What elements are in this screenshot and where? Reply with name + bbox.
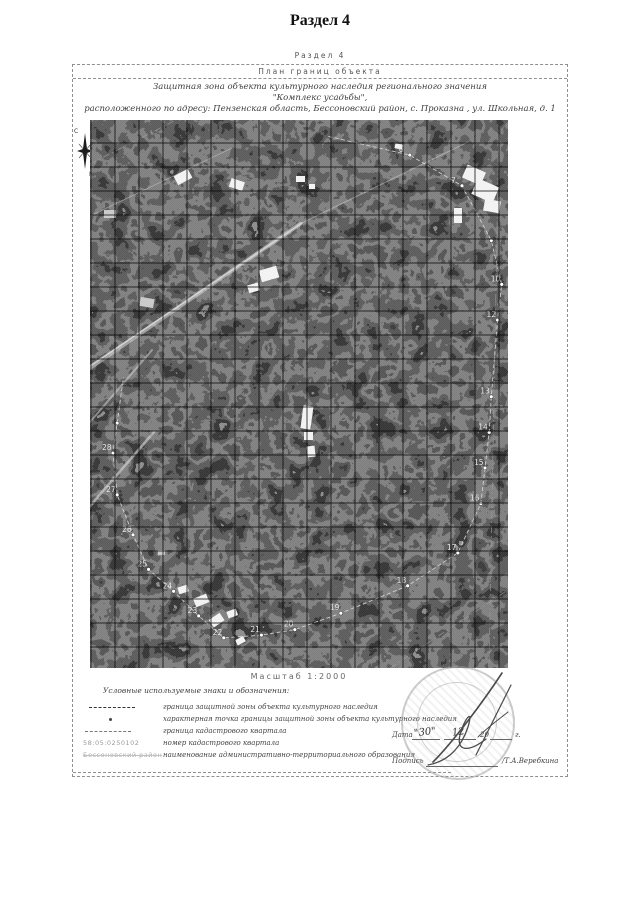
map-speckle: [90, 120, 508, 668]
boundary-point-label: 22: [213, 628, 223, 637]
date-year-prefix: 20: [480, 731, 489, 739]
boundary-point-label: 25: [138, 559, 148, 568]
description-line-3: расположенного по адресу: Пензенская обл…: [73, 104, 567, 115]
boundary-point-dot: [339, 611, 343, 615]
description-line-2: "Комплекс усадьбы",: [73, 93, 567, 104]
document-frame: План границ объекта Защитная зона объект…: [72, 64, 568, 777]
boundary-point-dot: [483, 466, 487, 470]
legend-label: граница кадастрового квартала: [163, 727, 286, 735]
boundary-point-dot: [496, 318, 500, 322]
compass-north-label: С: [74, 128, 78, 135]
protection-zone-boundary-symbol: [89, 707, 135, 708]
date-day-handwritten: "30": [413, 726, 436, 740]
legend-row: граница защитной зоны объекта культурног…: [83, 701, 443, 713]
signature-label: Подпись: [392, 757, 424, 765]
boundary-point-dot: [259, 633, 263, 637]
boundary-point-dot: [479, 502, 483, 506]
admin-name-sample: Бессоновский район: [83, 751, 162, 759]
boundary-point-label: 19: [330, 603, 340, 612]
boundary-point-label: 12: [487, 310, 497, 319]
date-month-underline: [444, 739, 476, 740]
boundary-point-label: 21: [250, 625, 260, 634]
boundary-point-dot: [293, 628, 297, 632]
date-year-underline: [490, 739, 512, 740]
boundary-point-label: 14: [478, 422, 488, 431]
boundary-point-label: 10: [491, 274, 501, 283]
boundary-point-label: 15: [474, 458, 484, 467]
boundary-point-label: 6: [399, 145, 404, 154]
legend-row: Бессоновский район наименование админист…: [83, 749, 443, 761]
plan-title: План границ объекта: [73, 65, 567, 79]
boundary-point-label: 27: [106, 485, 116, 494]
boundary-point-dot: [111, 451, 115, 455]
boundary-point-label: 13: [480, 387, 490, 396]
boundary-point-label: 18: [397, 576, 407, 585]
boundary-point-label: 17: [447, 543, 457, 552]
boundary-point-label: 16: [470, 494, 480, 503]
legend-label: номер кадастрового квартала: [163, 739, 279, 747]
boundary-point-label: 20: [284, 620, 294, 629]
boundary-point-dot: [487, 430, 491, 434]
satellite-map: 67101213141516171819202122232425262728: [90, 120, 508, 668]
signer-name: /Т.А.Веребкина: [502, 757, 558, 765]
boundary-point-dot: [489, 395, 493, 399]
date-month-handwritten: 12: [451, 726, 465, 738]
boundary-point-label: 24: [163, 581, 173, 590]
boundary-point-dot: [197, 614, 201, 618]
boundary-point-dot: [460, 184, 464, 188]
boundary-point-dot: [406, 584, 410, 588]
boundary-point-dot: [408, 153, 412, 157]
signature-row: Подпись /Т.А.Веребкина: [392, 754, 567, 768]
description-line-1: Защитная зона объекта культурного наслед…: [73, 82, 567, 93]
page-title: Раздел 4: [0, 12, 640, 30]
boundary-point-label: 23: [188, 606, 198, 615]
boundary-point-dot: [115, 421, 119, 425]
legend-label: граница защитной зоны объекта культурног…: [163, 703, 378, 711]
boundary-point-dot: [489, 239, 493, 243]
characteristic-point-symbol: [109, 718, 112, 721]
boundary-point-dot: [222, 636, 226, 640]
section-header: Раздел 4: [0, 51, 640, 60]
date-row: Дата "30" 12 20 г.: [392, 728, 562, 742]
legend-label: наименование административно-территориал…: [163, 751, 415, 759]
boundary-point-label: 28: [102, 443, 112, 452]
boundary-point-label: 26: [122, 525, 132, 534]
boundary-point-dot: [500, 283, 504, 287]
date-year-suffix: г.: [515, 731, 521, 739]
cadastral-quarter-boundary-symbol: [85, 731, 131, 732]
legend-row: 58:05:0250102 номер кадастрового квартал…: [83, 737, 443, 749]
date-day-underline: [412, 739, 440, 740]
date-label: Дата: [392, 731, 413, 739]
legend-row: граница кадастрового квартала: [83, 725, 443, 737]
cadastral-number-sample: 58:05:0250102: [83, 739, 139, 747]
legend-row: характерная точка границы защитной зоны …: [83, 713, 443, 725]
boundary-point-dot: [147, 567, 151, 571]
object-description: Защитная зона объекта культурного наслед…: [73, 82, 567, 115]
boundary-point-dot: [456, 551, 460, 555]
legend: Условные используемые знаки и обозначени…: [83, 686, 443, 761]
boundary-point-label: 7: [451, 176, 456, 185]
signature-underline: [426, 766, 498, 767]
legend-divider: [73, 772, 451, 773]
legend-header: Условные используемые знаки и обозначени…: [103, 686, 443, 695]
boundary-point-dot: [172, 589, 176, 593]
boundary-point-dot: [115, 493, 119, 497]
stamp-inner-ring: [417, 682, 497, 762]
boundary-point-dot: [131, 533, 135, 537]
scanned-document-page: Раздел 4 Раздел 4 План границ объекта За…: [0, 0, 640, 905]
map-image: 67101213141516171819202122232425262728: [90, 120, 508, 668]
